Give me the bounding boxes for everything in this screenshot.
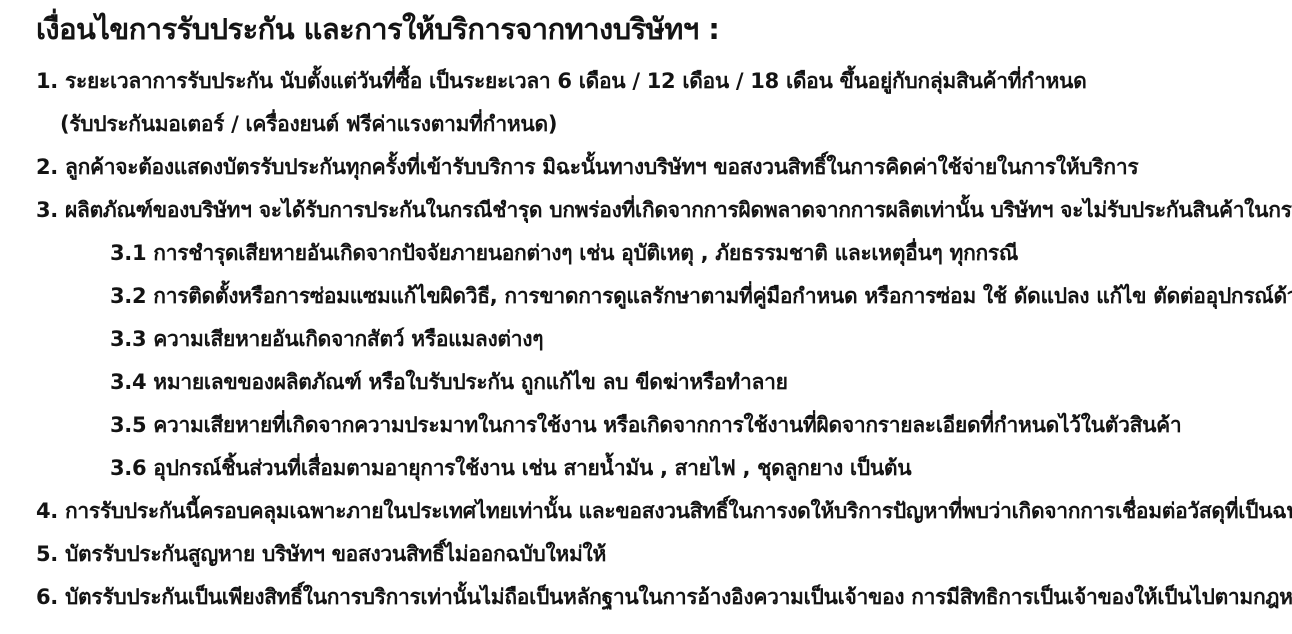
term-line-1-note: (รับประกันมอเตอร์ / เครื่องยนต์ ฟรีค่าแร…	[36, 103, 1284, 146]
warranty-terms-document: เงื่อนไขการรับประกัน และการให้บริการจากท…	[0, 0, 1292, 619]
term-line-3-5: 3.5 ความเสียหายที่เกิดจากความประมาทในการ…	[36, 404, 1284, 447]
page-title: เงื่อนไขการรับประกัน และการให้บริการจากท…	[36, 6, 1284, 52]
term-line-3-1: 3.1 การชำรุดเสียหายอันเกิดจากปัจจัยภายนอ…	[36, 232, 1284, 275]
term-line-3-4: 3.4 หมายเลขของผลิตภัณฑ์ หรือใบรับประกัน …	[36, 361, 1284, 404]
term-line-1: 1. ระยะเวลาการรับประกัน นับตั้งแต่วันที่…	[36, 60, 1284, 103]
term-line-5: 5. บัตรรับประกันสูญหาย บริษัทฯ ขอสงวนสิท…	[36, 533, 1284, 576]
term-line-3-3: 3.3 ความเสียหายอันเกิดจากสัตว์ หรือแมลงต…	[36, 318, 1284, 361]
term-line-6: 6. บัตรรับประกันเป็นเพียงสิทธิ์ในการบริก…	[36, 576, 1284, 619]
term-line-2: 2. ลูกค้าจะต้องแสดงบัตรรับประกันทุกครั้ง…	[36, 146, 1284, 189]
term-line-4: 4. การรับประกันนี้ครอบคลุมเฉพาะภายในประเ…	[36, 490, 1284, 533]
term-line-3: 3. ผลิตภัณฑ์ของบริษัทฯ จะได้รับการประกัน…	[36, 189, 1284, 232]
term-line-3-6: 3.6 อุปกรณ์ชิ้นส่วนที่เสื่อมตามอายุการใช…	[36, 447, 1284, 490]
term-line-3-2: 3.2 การติดตั้งหรือการซ่อมแซมแก้ไขผิดวิธี…	[36, 275, 1284, 318]
